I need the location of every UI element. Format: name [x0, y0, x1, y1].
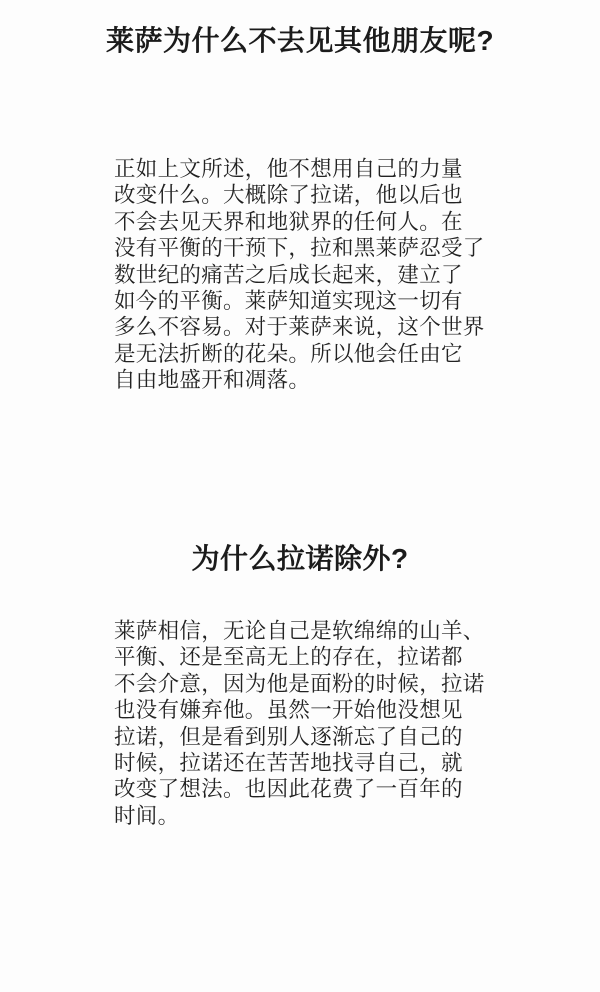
text-line: 拉诺，但是看到别人逐渐忘了自己的 — [114, 724, 494, 750]
text-line: 没有平衡的干预下，拉和黑莱萨忍受了 — [114, 235, 494, 261]
text-line: 数世纪的痛苦之后成长起来，建立了 — [114, 262, 494, 288]
text-line: 莱萨相信，无论自己是软绵绵的山羊、 — [114, 618, 494, 644]
question-heading-1: 莱萨为什么不去见其他朋友呢? — [0, 25, 600, 57]
answer-paragraph-1: 正如上文所述，他不想用自己的力量 改变什么。大概除了拉诺，他以后也 不会去见天界… — [114, 156, 494, 394]
text-line: 多么不容易。对于莱萨来说，这个世界 — [114, 314, 494, 340]
text-line: 正如上文所述，他不想用自己的力量 — [114, 156, 494, 182]
answer-paragraph-2: 莱萨相信，无论自己是软绵绵的山羊、 平衡、还是至高无上的存在，拉诺都 不会介意，… — [114, 618, 494, 829]
text-line: 改变什么。大概除了拉诺，他以后也 — [114, 182, 494, 208]
text-line: 平衡、还是至高无上的存在，拉诺都 — [114, 644, 494, 670]
article-page: 莱萨为什么不去见其他朋友呢? 正如上文所述，他不想用自己的力量 改变什么。大概除… — [0, 0, 600, 992]
text-line: 是无法折断的花朵。所以他会任由它 — [114, 341, 494, 367]
text-line: 如今的平衡。莱萨知道实现这一切有 — [114, 288, 494, 314]
text-line: 不会介意，因为他是面粉的时候，拉诺 — [114, 671, 494, 697]
question-heading-2: 为什么拉诺除外? — [0, 543, 600, 575]
text-line: 改变了想法。也因此花费了一百年的 — [114, 776, 494, 802]
text-line: 自由地盛开和凋落。 — [114, 367, 494, 393]
text-line: 也没有嫌弃他。虽然一开始他没想见 — [114, 697, 494, 723]
text-line: 时间。 — [114, 803, 494, 829]
text-line: 时候，拉诺还在苦苦地找寻自己，就 — [114, 750, 494, 776]
text-line: 不会去见天界和地狱界的任何人。在 — [114, 209, 494, 235]
